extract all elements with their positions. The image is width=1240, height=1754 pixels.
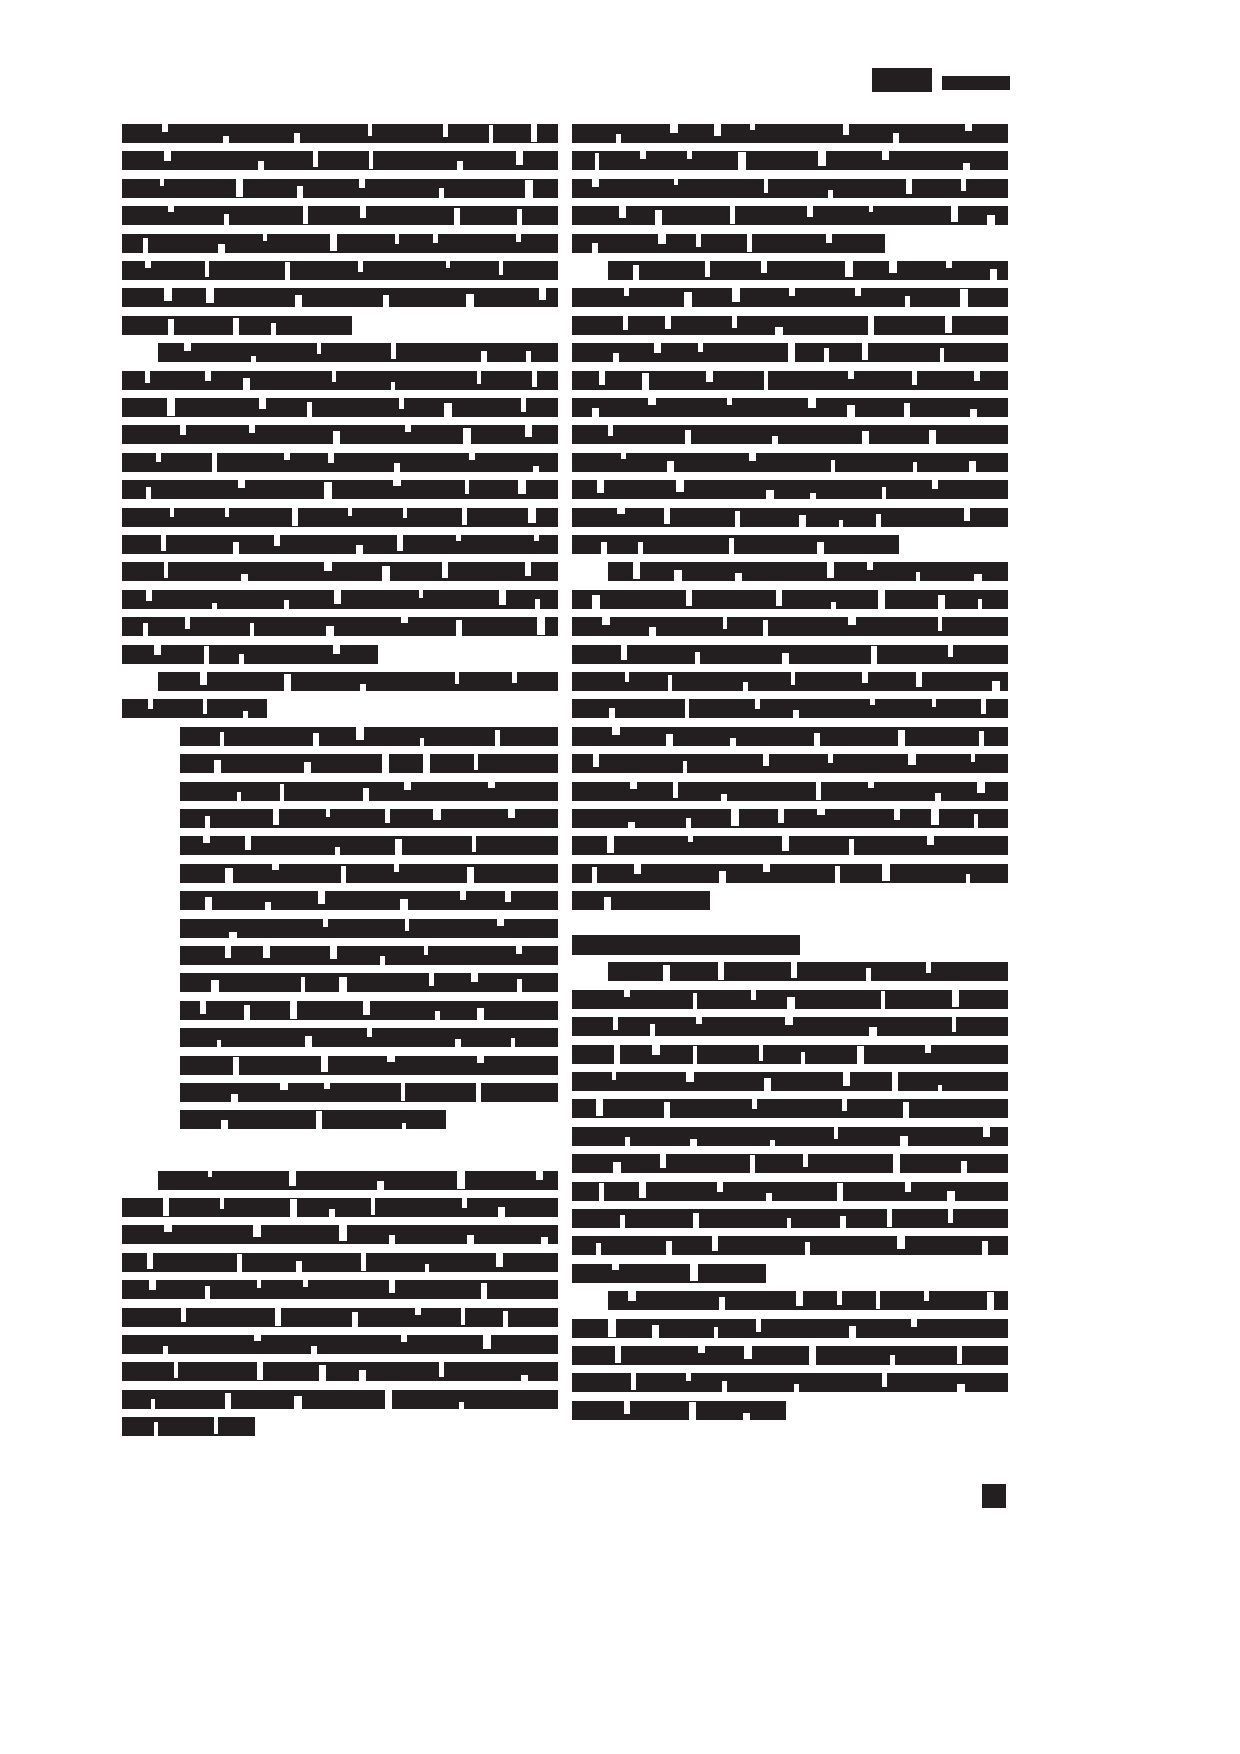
redacted-text-line: [180, 1110, 446, 1129]
word-gap: [664, 1102, 670, 1118]
word-gap: [477, 1008, 484, 1020]
word-gap: [233, 1057, 239, 1075]
word-gap: [326, 626, 334, 636]
running-header: [872, 68, 1010, 92]
word-gap: [145, 261, 151, 268]
word-gap: [608, 1319, 616, 1337]
word-gap: [284, 674, 291, 691]
word-gap: [316, 1111, 322, 1129]
word-gap: [721, 794, 727, 801]
redacted-text-line: [572, 151, 1008, 170]
word-gap: [162, 124, 168, 132]
redacted-text-line: [572, 891, 710, 910]
word-gap: [927, 836, 934, 845]
word-gap: [685, 699, 689, 718]
word-gap: [970, 409, 977, 417]
redacted-text-line: [572, 124, 1008, 143]
word-gap: [687, 151, 692, 159]
word-gap: [655, 210, 662, 225]
word-gap: [624, 1401, 630, 1414]
redacted-text-line: [180, 891, 558, 910]
word-gap: [280, 1083, 288, 1090]
word-gap: [826, 234, 832, 243]
redacted-text-line: [608, 261, 1008, 280]
word-gap: [926, 962, 931, 973]
word-gap: [395, 234, 399, 244]
word-gap: [220, 1198, 224, 1209]
word-gap: [511, 1038, 515, 1047]
word-gap: [280, 784, 284, 801]
word-gap: [688, 836, 693, 842]
word-gap: [857, 1046, 864, 1064]
word-gap: [297, 186, 303, 198]
word-gap: [455, 1039, 461, 1047]
word-gap: [796, 1291, 803, 1306]
word-gap: [650, 1024, 655, 1036]
word-gap: [253, 1225, 261, 1237]
word-gap: [536, 1171, 543, 1180]
word-gap: [334, 590, 341, 604]
redacted-text-line: [572, 645, 1008, 664]
redacted-text-line: [180, 973, 558, 992]
redacted-text-line: [158, 672, 558, 691]
word-gap: [890, 1355, 895, 1365]
redacted-text-line: [572, 1154, 1008, 1173]
word-gap: [871, 646, 877, 664]
word-gap: [730, 206, 735, 224]
word-gap: [424, 946, 428, 955]
word-gap: [233, 542, 239, 554]
word-gap: [181, 1308, 186, 1322]
word-gap: [168, 206, 174, 212]
word-gap: [599, 1183, 604, 1201]
word-gap: [164, 151, 171, 161]
redacted-text-line: [180, 1083, 558, 1102]
word-gap: [356, 727, 364, 740]
word-gap: [161, 535, 166, 551]
redacted-text-line: [122, 234, 558, 253]
redacted-text-line: [122, 508, 558, 527]
word-gap: [324, 1083, 330, 1089]
word-gap: [597, 480, 604, 493]
word-gap: [904, 403, 910, 417]
redacted-text-line: [122, 617, 558, 636]
header-subtitle-redacted: [942, 76, 1010, 90]
word-gap: [244, 1005, 250, 1020]
word-gap: [805, 1242, 810, 1255]
word-gap: [537, 617, 545, 635]
word-gap: [810, 493, 816, 499]
word-gap: [457, 161, 463, 170]
word-gap: [878, 590, 885, 609]
word-gap: [630, 782, 637, 789]
redacted-text-line: [158, 343, 558, 362]
word-gap: [404, 782, 411, 790]
word-gap: [339, 977, 347, 992]
redacted-text-line: [572, 1072, 1008, 1091]
word-gap: [457, 1171, 465, 1189]
document-page: [0, 0, 1240, 1754]
word-gap: [335, 847, 340, 855]
word-gap: [674, 570, 682, 581]
word-gap: [251, 356, 256, 362]
word-gap: [862, 431, 869, 444]
word-gap: [625, 1137, 630, 1146]
word-gap: [621, 453, 626, 459]
word-gap: [400, 899, 408, 910]
word-gap: [990, 269, 997, 280]
word-gap: [946, 261, 952, 268]
word-gap: [828, 190, 833, 198]
word-gap: [363, 788, 369, 801]
word-gap: [752, 1099, 757, 1109]
word-gap: [612, 1072, 616, 1080]
word-gap: [684, 292, 692, 307]
word-gap: [541, 1237, 548, 1244]
word-gap: [788, 343, 795, 362]
word-gap: [794, 1384, 799, 1392]
word-gap: [163, 1346, 168, 1354]
word-gap: [948, 645, 953, 657]
word-gap: [862, 343, 868, 360]
redacted-text-line: [572, 316, 1008, 335]
word-gap: [642, 373, 649, 390]
word-gap: [185, 617, 190, 629]
word-gap: [628, 1291, 636, 1301]
word-gap: [887, 1209, 892, 1227]
word-gap: [516, 946, 522, 954]
word-gap: [184, 343, 191, 351]
word-gap: [341, 866, 346, 883]
word-gap: [328, 453, 334, 463]
word-gap: [827, 562, 834, 578]
word-gap: [313, 733, 319, 746]
word-gap: [623, 316, 628, 330]
word-gap: [612, 727, 620, 735]
redacted-text-line: [572, 864, 1008, 883]
word-gap: [167, 398, 175, 416]
word-gap: [894, 809, 900, 820]
word-gap: [205, 897, 212, 910]
word-gap: [889, 261, 897, 273]
word-gap: [596, 1243, 601, 1255]
word-gap: [843, 124, 849, 135]
word-gap: [204, 646, 209, 664]
word-gap: [305, 1036, 312, 1047]
word-gap: [387, 1056, 395, 1062]
word-gap: [462, 1198, 467, 1208]
word-gap: [391, 343, 396, 359]
word-gap: [241, 574, 248, 581]
word-gap: [837, 1291, 842, 1305]
word-gap: [483, 1335, 491, 1349]
word-gap: [903, 1102, 909, 1118]
word-gap: [732, 288, 740, 302]
word-gap: [729, 538, 734, 554]
word-gap: [368, 124, 372, 136]
word-gap: [263, 946, 270, 958]
word-gap: [945, 316, 952, 333]
word-gap: [604, 897, 611, 910]
redacted-text-line: [180, 864, 558, 883]
word-gap: [828, 754, 833, 763]
word-gap: [330, 946, 337, 959]
word-gap: [389, 1235, 395, 1244]
word-gap: [938, 1085, 942, 1091]
word-gap: [359, 179, 365, 188]
word-gap: [220, 732, 224, 746]
word-gap: [738, 152, 746, 170]
word-gap: [763, 620, 768, 636]
word-gap: [456, 535, 461, 541]
word-gap: [469, 453, 475, 460]
word-gap: [667, 461, 674, 472]
word-gap: [652, 1045, 660, 1055]
word-gap: [964, 508, 970, 521]
word-gap: [866, 968, 871, 981]
word-gap: [149, 1280, 156, 1290]
word-gap: [719, 1297, 725, 1310]
word-gap: [389, 1280, 395, 1293]
word-gap: [723, 617, 727, 629]
redacted-text-line: [122, 590, 558, 609]
word-gap: [868, 316, 874, 335]
word-gap: [592, 408, 599, 417]
word-gap: [992, 681, 1000, 691]
word-gap: [352, 1312, 358, 1327]
word-gap: [791, 672, 795, 685]
redacted-text-line: [572, 1373, 1008, 1392]
redacted-text-line: [180, 836, 558, 855]
word-gap: [849, 839, 854, 855]
word-gap: [294, 133, 300, 143]
word-gap: [229, 932, 237, 938]
redacted-text-line: [122, 453, 558, 472]
word-gap: [146, 590, 152, 601]
word-gap: [763, 864, 770, 872]
redacted-text-line: [572, 480, 1008, 499]
word-gap: [324, 562, 332, 571]
word-gap: [624, 288, 629, 296]
word-gap: [326, 809, 330, 817]
word-gap: [693, 993, 697, 1009]
word-gap: [272, 864, 279, 870]
word-gap: [245, 836, 251, 850]
redacted-text-line: [122, 535, 558, 554]
word-gap: [686, 1373, 691, 1381]
word-gap: [834, 1127, 838, 1139]
redacted-text-line: [608, 1291, 1008, 1310]
word-gap: [495, 730, 500, 746]
redacted-text-line: [572, 398, 1008, 417]
word-gap: [477, 371, 481, 384]
word-gap: [517, 979, 522, 992]
word-gap: [803, 1154, 808, 1167]
redacted-text-line: [122, 425, 558, 444]
word-gap: [665, 316, 671, 329]
redacted-text-line: [572, 1319, 1008, 1338]
redacted-text-line: [122, 1253, 558, 1272]
word-gap: [743, 1413, 750, 1420]
word-gap: [595, 153, 599, 170]
word-gap: [147, 1253, 153, 1269]
word-gap: [304, 762, 311, 773]
redacted-text-line: [122, 1280, 558, 1299]
word-gap: [619, 206, 626, 218]
word-gap: [517, 209, 522, 225]
redacted-text-line: [180, 946, 558, 965]
word-gap: [318, 891, 325, 904]
redacted-text-line: [122, 206, 558, 225]
word-gap: [913, 462, 917, 472]
word-gap: [938, 595, 945, 609]
word-gap: [696, 234, 701, 247]
word-gap: [360, 684, 366, 691]
word-gap: [634, 864, 641, 874]
word-gap: [764, 371, 768, 390]
word-gap: [454, 208, 460, 225]
word-gap: [807, 206, 813, 217]
redacted-text-line: [572, 836, 1008, 855]
word-gap: [477, 1056, 484, 1063]
word-gap: [808, 398, 816, 408]
word-gap: [979, 731, 984, 746]
word-gap: [686, 818, 691, 828]
redacted-text-line: [122, 151, 558, 170]
word-gap: [435, 1011, 440, 1020]
word-gap: [497, 919, 504, 926]
word-gap: [670, 124, 678, 133]
word-gap: [405, 919, 409, 931]
word-gap: [947, 1191, 955, 1201]
word-gap: [592, 867, 597, 883]
word-gap: [405, 425, 411, 432]
word-gap: [592, 595, 600, 609]
word-gap: [488, 782, 495, 788]
redacted-text-line: [572, 206, 1008, 225]
word-gap: [205, 1286, 210, 1299]
word-gap: [957, 1346, 962, 1364]
word-gap: [332, 371, 336, 382]
word-gap: [983, 1127, 990, 1137]
header-title-redacted: [872, 68, 932, 92]
word-gap: [840, 1216, 846, 1228]
word-gap: [882, 1373, 887, 1387]
word-gap: [696, 1017, 702, 1024]
word-gap: [770, 1140, 775, 1146]
word-gap: [621, 645, 627, 660]
word-gap: [898, 730, 905, 746]
word-gap: [743, 682, 748, 691]
word-gap: [616, 134, 621, 143]
section-heading-redacted: [572, 935, 800, 955]
word-gap: [814, 733, 820, 746]
word-gap: [683, 761, 687, 773]
word-gap: [385, 809, 390, 823]
word-gap: [929, 430, 936, 444]
word-gap: [620, 1215, 625, 1228]
redacted-text-line: [572, 590, 1008, 609]
word-gap: [602, 617, 610, 625]
word-gap: [525, 180, 533, 198]
word-gap: [615, 1346, 621, 1363]
word-gap: [214, 1417, 218, 1434]
word-gap: [200, 1001, 206, 1014]
word-gap: [791, 962, 797, 978]
word-gap: [180, 425, 186, 435]
word-gap: [639, 1182, 646, 1198]
word-gap: [525, 562, 531, 576]
word-gap: [869, 1027, 877, 1036]
word-gap: [433, 809, 441, 820]
word-gap: [359, 1370, 366, 1381]
word-gap: [303, 1280, 308, 1287]
word-gap: [882, 151, 889, 160]
word-gap: [892, 1072, 898, 1091]
word-gap: [521, 398, 526, 412]
word-gap: [849, 1326, 856, 1338]
word-gap: [301, 977, 305, 992]
word-gap: [755, 699, 760, 709]
word-gap: [982, 1241, 988, 1255]
word-gap: [666, 734, 673, 746]
word-gap: [690, 1264, 698, 1281]
word-gap: [399, 398, 404, 409]
word-gap: [382, 566, 390, 581]
word-gap: [965, 124, 972, 131]
word-gap: [957, 1384, 965, 1392]
word-gap: [170, 508, 174, 517]
word-gap: [612, 1264, 619, 1270]
redacted-text-line: [572, 1209, 1008, 1228]
word-gap: [648, 398, 656, 405]
word-gap: [516, 151, 523, 165]
word-gap: [383, 295, 389, 307]
word-gap: [394, 463, 400, 472]
word-gap: [608, 425, 613, 436]
word-gap: [717, 1182, 723, 1192]
word-gap: [924, 1291, 929, 1301]
word-gap: [296, 1261, 302, 1272]
word-gap: [382, 754, 389, 773]
word-gap: [766, 1193, 772, 1201]
word-gap: [952, 1017, 956, 1032]
word-gap: [402, 1123, 406, 1129]
redacted-text-line: [572, 990, 1008, 1009]
word-gap: [763, 754, 769, 766]
word-gap: [443, 124, 448, 137]
word-gap: [938, 617, 942, 631]
word-gap: [686, 590, 692, 606]
word-gap: [455, 672, 459, 684]
word-gap: [782, 836, 789, 851]
word-gap: [271, 323, 276, 335]
word-gap: [987, 215, 995, 225]
word-gap: [225, 1393, 231, 1409]
word-gap: [732, 316, 737, 328]
word-gap: [668, 675, 672, 691]
word-gap: [380, 956, 385, 965]
word-gap: [912, 371, 917, 385]
word-gap: [845, 261, 853, 277]
redacted-text-line: [572, 1099, 1008, 1118]
redacted-text-line: [180, 1001, 558, 1020]
redacted-text-line: [572, 1346, 1008, 1365]
redacted-text-line: [122, 645, 378, 664]
word-gap: [663, 965, 670, 981]
word-gap: [290, 1001, 297, 1019]
word-gap: [633, 265, 639, 280]
